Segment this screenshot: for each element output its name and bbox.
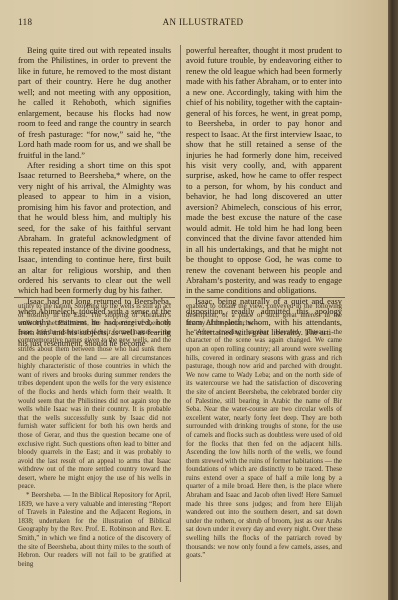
column-divider xyxy=(180,45,181,582)
footnote-paragraph: utility to the nation. Stopping up the w… xyxy=(18,303,171,492)
footnote-paragraph: * Beersheba. — In the Biblical Repositor… xyxy=(18,492,171,569)
footnote-paragraph: “After crossing another elevated plateau… xyxy=(186,329,342,561)
paragraph: After residing a short time on this spot… xyxy=(18,161,171,297)
footnote-rule-left xyxy=(14,297,175,298)
paragraph: powerful hereafter, thought it most prud… xyxy=(186,46,342,297)
running-head: AN ILLUSTRATED xyxy=(18,17,348,27)
footnote-rule-right xyxy=(185,297,345,298)
page-edge xyxy=(388,0,398,600)
page-header: 118 AN ILLUSTRATED xyxy=(18,17,348,29)
footnotes-right-column: enabled to obtain the view, conveyed in … xyxy=(186,303,342,561)
main-text-right-column: powerful hereafter, thought it most prud… xyxy=(186,46,342,339)
footnotes-left-column: utility to the nation. Stopping up the w… xyxy=(18,303,171,569)
footnote-paragraph: enabled to obtain the view, conveyed in … xyxy=(186,303,342,329)
book-page: 118 AN ILLUSTRATED Being quite tired out… xyxy=(0,0,390,600)
paragraph: Being quite tired out with repeated insu… xyxy=(18,46,171,161)
